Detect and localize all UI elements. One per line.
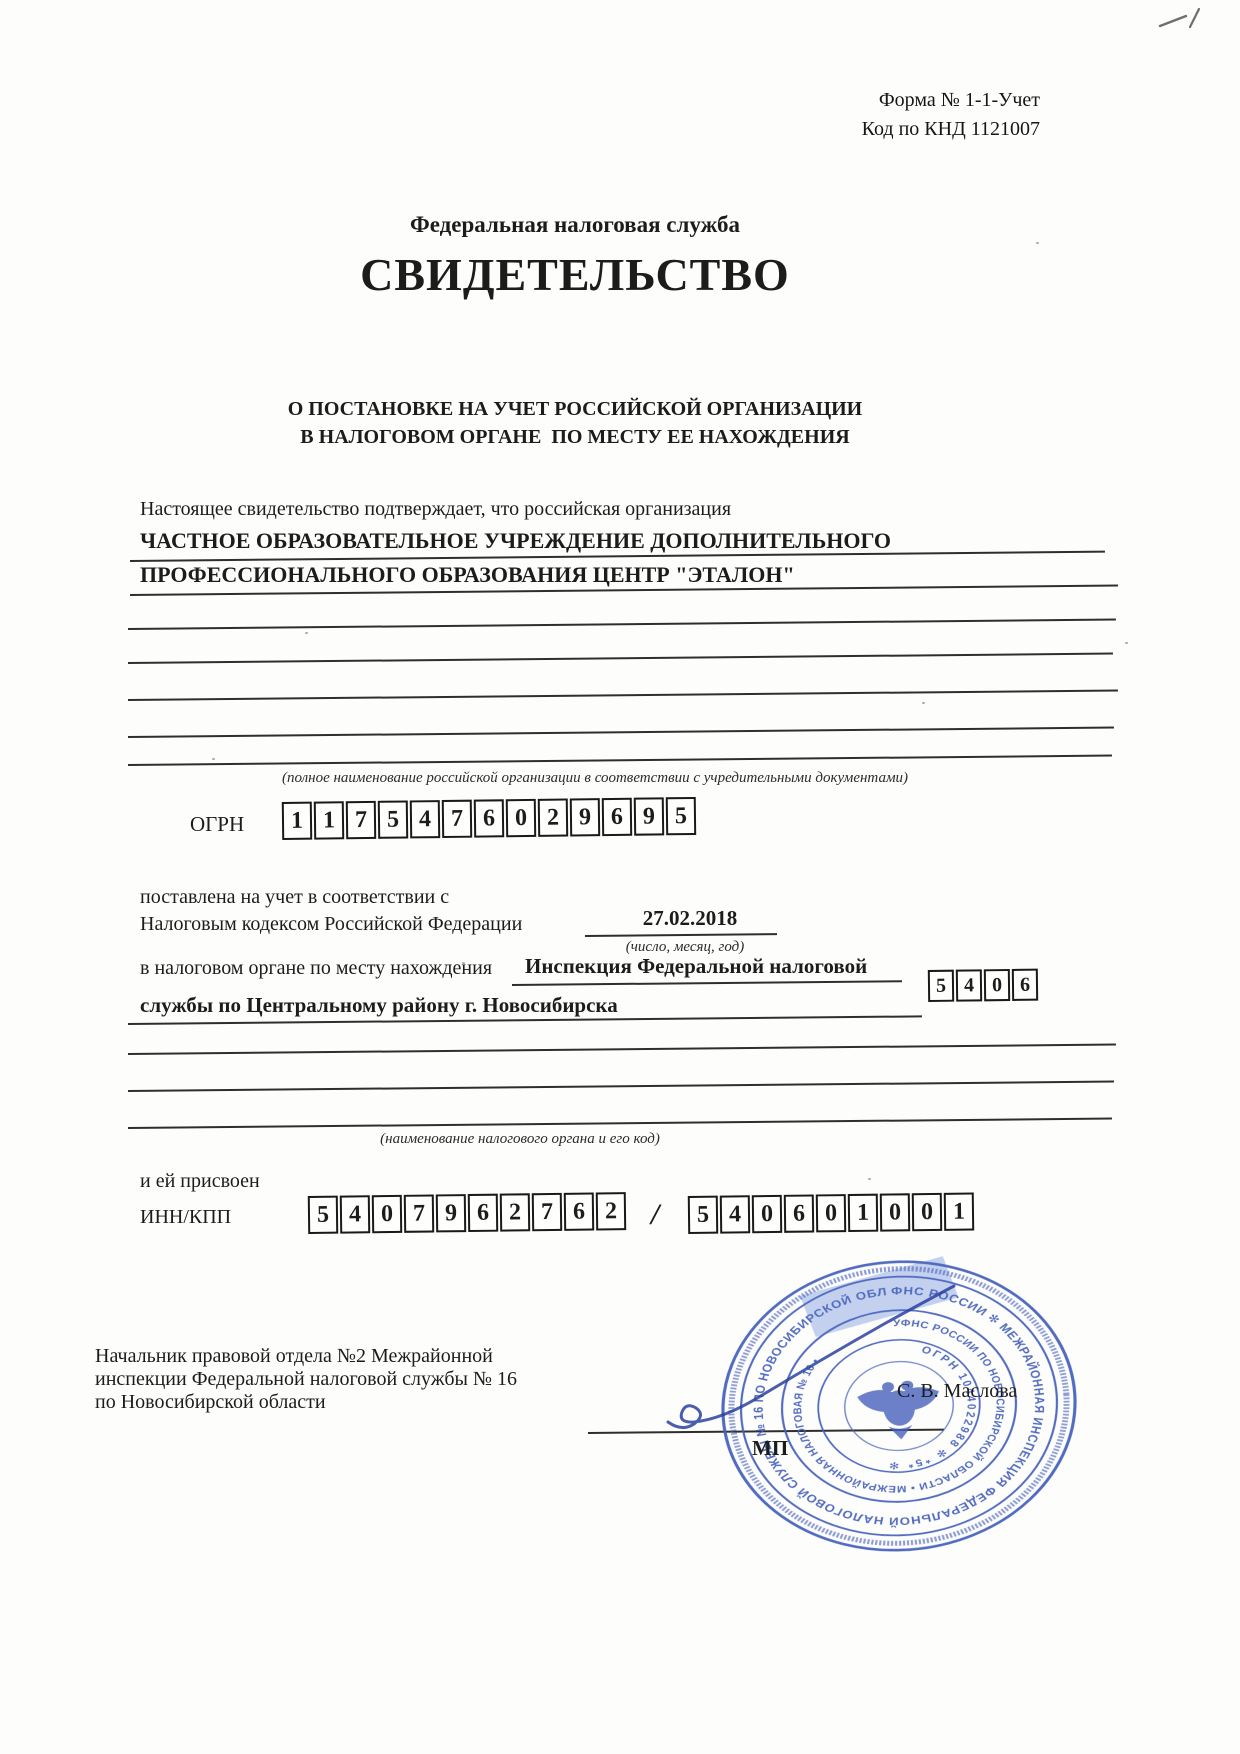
ogrn-digit-boxes: 1175476029695: [282, 797, 696, 840]
digit-cell: 0: [816, 1194, 846, 1232]
tax-office-name-line1: Инспекция Федеральной налоговой: [525, 954, 867, 979]
digit-cell: 0: [752, 1195, 782, 1233]
digit-cell: 5: [666, 797, 696, 835]
tax-office-name-line2: службы по Центральному району г. Новосиб…: [140, 993, 618, 1018]
certificate-document: Форма № 1-1-Учет Код по КНД 1121007 Феде…: [0, 0, 1240, 1754]
digit-cell: 1: [848, 1194, 878, 1232]
blank-line: [128, 1118, 1112, 1129]
digit-cell: 1: [282, 802, 312, 840]
blank-line: [128, 727, 1114, 738]
official-title-line1: Начальник правовой отдела №2 Межрайонной: [95, 1345, 517, 1368]
inn-kpp-label: ИНН/КПП: [140, 1206, 231, 1229]
dust-speck: [462, 962, 465, 964]
assigned-text: и ей присвоен: [140, 1170, 260, 1193]
digit-cell: 6: [602, 798, 632, 836]
registered-text-line1: поставлена на учет в соответствии с: [140, 886, 449, 909]
digit-cell: 5: [308, 1196, 338, 1234]
digit-cell: 4: [410, 800, 440, 838]
registered-text-line2: Налоговым кодексом Российской Федерации: [140, 913, 522, 936]
handwritten-signature: [650, 1272, 980, 1442]
digit-cell: 2: [500, 1193, 530, 1231]
digit-cell: 2: [538, 799, 568, 837]
dust-speck: [1125, 642, 1128, 644]
official-title-line2: инспекции Федеральной налоговой службы №…: [95, 1368, 517, 1391]
inn-kpp-separator: /: [651, 1198, 659, 1232]
document-title: СВИДЕТЕЛЬСТВО: [60, 248, 1090, 301]
digit-cell: 9: [436, 1194, 466, 1232]
digit-cell: 6: [468, 1194, 498, 1232]
org-name-caption: (полное наименование российской организа…: [150, 770, 1040, 787]
knd-code: Код по КНД 1121007: [610, 115, 1040, 144]
dust-speck: [212, 758, 215, 760]
blank-line: [128, 653, 1113, 664]
blank-line: [128, 755, 1112, 766]
dust-speck: [305, 632, 308, 634]
digit-cell: 4: [340, 1195, 370, 1233]
digit-cell: 5: [378, 800, 408, 838]
blank-line: [128, 1081, 1114, 1092]
digit-cell: 6: [474, 799, 504, 837]
digit-cell: 5: [928, 970, 954, 1002]
form-number: Форма № 1-1-Учет: [610, 86, 1040, 115]
digit-cell: 0: [880, 1193, 910, 1231]
blank-line: [128, 689, 1118, 701]
document-subtitle-line2: В НАЛОГОВОМ ОРГАНЕ ПО МЕСТУ ЕЕ НАХОЖДЕНИ…: [60, 426, 1090, 449]
digit-cell: 1: [944, 1193, 974, 1231]
digit-cell: 9: [634, 797, 664, 835]
signer-name: С. В. Маслова: [897, 1380, 1017, 1403]
organization-name-line1: ЧАСТНОЕ ОБРАЗОВАТЕЛЬНОЕ УЧРЕЖДЕНИЕ ДОПОЛ…: [140, 528, 891, 554]
tax-office-prefix: в налоговом органе по месту нахождения: [140, 957, 492, 980]
official-title-block: Начальник правовой отдела №2 Межрайонной…: [95, 1345, 517, 1414]
digit-cell: 1: [314, 801, 344, 839]
digit-cell: 5: [688, 1196, 718, 1234]
intro-text: Настоящее свидетельство подтверждает, чт…: [140, 498, 731, 521]
digit-cell: 7: [346, 801, 376, 839]
form-code-block: Форма № 1-1-Учет Код по КНД 1121007: [610, 86, 1040, 144]
digit-cell: 7: [442, 800, 472, 838]
digit-cell: 4: [956, 969, 982, 1001]
dust-speck: [1036, 242, 1039, 244]
tax-office-underline-1: [512, 980, 902, 986]
tax-office-caption: (наименование налогового органа и его ко…: [160, 1131, 880, 1148]
official-title-line3: по Новосибирской области: [95, 1391, 517, 1414]
organization-name-line2: ПРОФЕССИОНАЛЬНОГО ОБРАЗОВАНИЯ ЦЕНТР "ЭТА…: [140, 562, 795, 588]
digit-cell: 4: [720, 1195, 750, 1233]
inn-digit-boxes: 5407962762: [308, 1192, 626, 1234]
digit-cell: 7: [404, 1194, 434, 1232]
digit-cell: 6: [1012, 969, 1038, 1001]
mp-seal-label: МП: [752, 1436, 788, 1461]
digit-cell: 0: [506, 799, 536, 837]
digit-cell: 6: [564, 1193, 594, 1231]
date-underline: [585, 933, 777, 937]
digit-cell: 9: [570, 798, 600, 836]
ogrn-label: ОГРН: [190, 812, 244, 837]
dust-speck: [868, 1178, 871, 1180]
digit-cell: 6: [784, 1194, 814, 1232]
tax-office-code-boxes: 5406: [928, 969, 1038, 1002]
blank-line: [128, 619, 1116, 630]
agency-name: Федеральная налоговая служба: [60, 212, 1090, 238]
blank-line: [128, 1044, 1116, 1055]
kpp-digit-boxes: 540601001: [688, 1193, 974, 1234]
digit-cell: 0: [984, 969, 1010, 1001]
dust-speck: [922, 702, 925, 704]
pen-check-mark: [1156, 6, 1208, 36]
digit-cell: 2: [596, 1192, 626, 1230]
digit-cell: 0: [912, 1193, 942, 1231]
document-subtitle-line1: О ПОСТАНОВКЕ НА УЧЕТ РОССИЙСКОЙ ОРГАНИЗА…: [60, 398, 1090, 421]
digit-cell: 7: [532, 1193, 562, 1231]
registration-date: 27.02.2018: [595, 906, 785, 931]
digit-cell: 0: [372, 1195, 402, 1233]
